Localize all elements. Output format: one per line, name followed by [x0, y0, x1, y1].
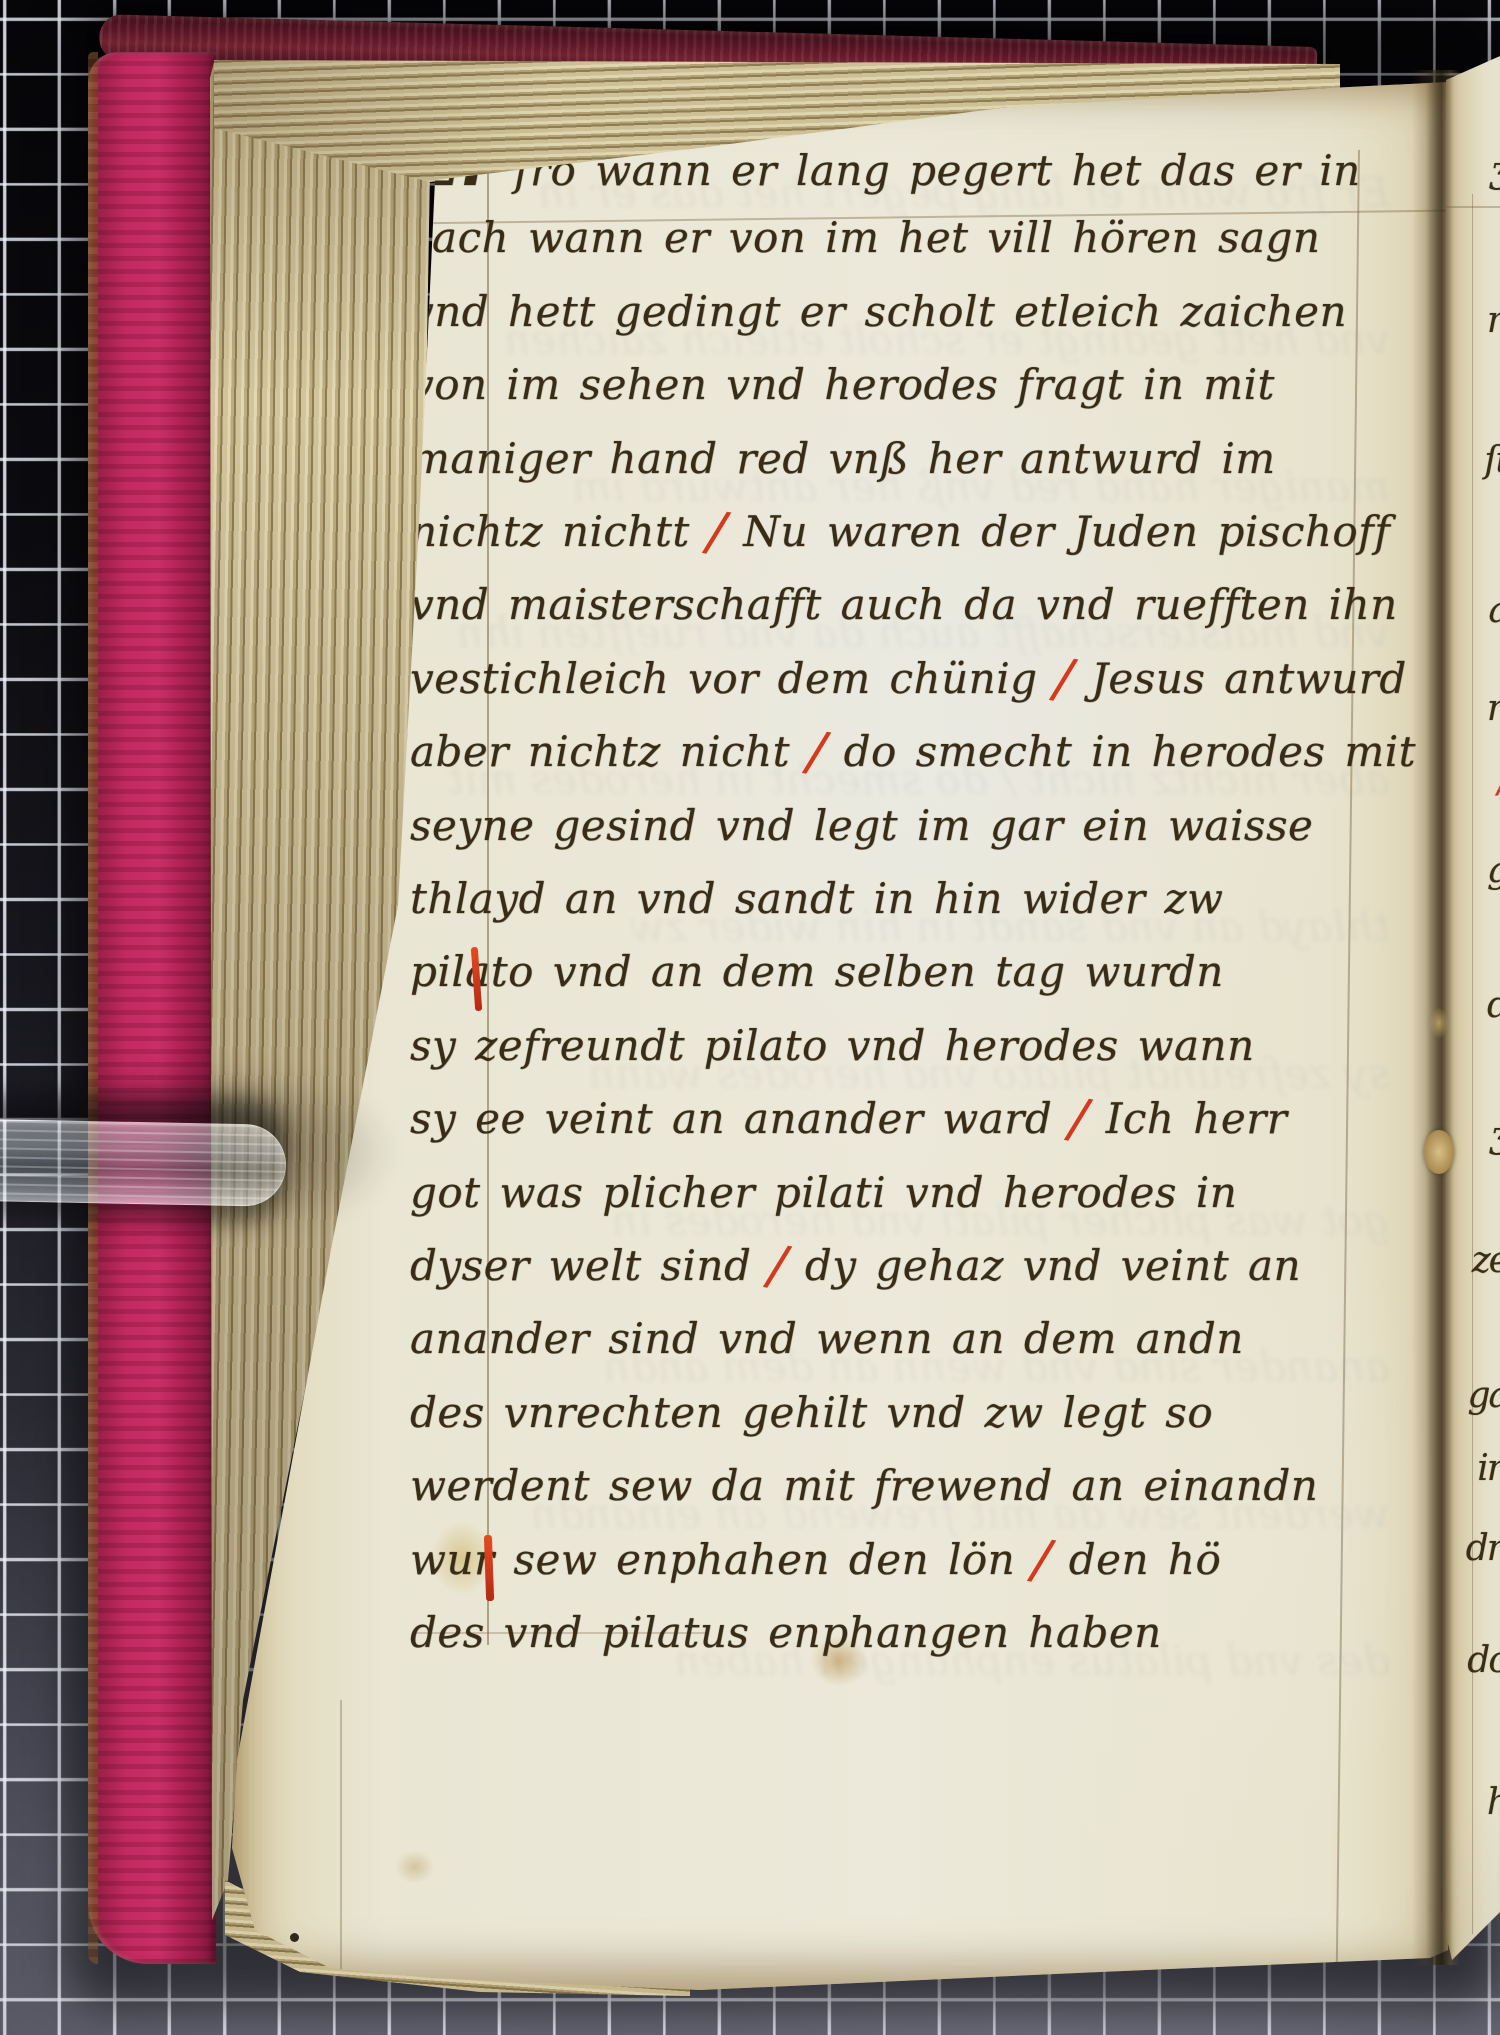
digitization-photo: Er frö wann er lang pegert het das er in… — [0, 0, 1500, 2035]
facing-text-sliver: ſt — [1456, 440, 1500, 481]
manuscript-line: vnd maisterschafft auch da vnd ruefften … — [410, 572, 1395, 638]
manuscript-line: sy zefreundt pilato vnd herodes wann — [410, 1013, 1395, 1079]
manuscript-line: dyser welt sind / dy gehaz vnd veint an — [410, 1233, 1395, 1299]
manuscript-text: vestichleich vor dem chünig — [410, 654, 1056, 703]
manuscript-line: thlayd an vnd sandt in hin wider zw — [410, 866, 1395, 932]
manuscript-text: aber nichtz nicht — [410, 727, 809, 776]
manuscript-line: des vnrechten gehilt vnd zw legt so — [410, 1380, 1395, 1446]
manuscript-line: nichtz nichtt / Nu waren der Juden pisch… — [410, 499, 1395, 565]
facing-text-sliver: in — [1456, 1448, 1500, 1489]
manuscript-text: den hö — [1050, 1535, 1221, 1584]
gutter-wax-spot — [1430, 1008, 1448, 1038]
facing-text-sliver: g — [1456, 850, 1500, 891]
facing-text-sliver: ʒ — [1456, 1115, 1500, 1156]
manuscript-text: sach wann er von im het vill hören sagn — [410, 213, 1320, 262]
manuscript-line: wur sew enphahen den lön / den hö — [410, 1527, 1395, 1593]
manuscript-text: seyne gesind vnd legt im gar ein waisse — [410, 801, 1313, 850]
facing-text-sliver: ze — [1456, 1240, 1500, 1281]
plastic-page-weight — [0, 1119, 287, 1207]
manuscript-line: des vnd pilatus enphangen haben — [410, 1600, 1395, 1666]
manuscript-text: Ich herr — [1087, 1094, 1287, 1143]
facing-text-sliver: d — [1456, 985, 1500, 1026]
facing-text-sliver: ga — [1456, 1375, 1500, 1416]
page-crease — [340, 1700, 342, 1990]
manuscript-line: vnd hett gedingt er scholt etleich zaich… — [410, 279, 1395, 345]
manuscript-line: werdent sew da mit frewend an einandn — [410, 1453, 1395, 1519]
manuscript-text: nichtz nichtt — [410, 507, 709, 556]
manuscript-text: thlayd an vnd sandt in hin wider zw — [410, 874, 1223, 923]
manuscript-text: pilato vnd an dem selben tag wurdn — [410, 947, 1224, 996]
manuscript-line: aber nichtz nicht / do smecht in herodes… — [410, 719, 1395, 785]
manuscript-line: seyne gesind vnd legt im gar ein waisse — [410, 793, 1395, 859]
manuscript-text: anander sind vnd wenn an dem andn — [410, 1314, 1244, 1363]
facing-text-sliver: ʒ — [1456, 150, 1500, 191]
manuscript-text: dyser welt sind — [410, 1241, 770, 1290]
manuscript-line: pilato vnd an dem selben tag wurdn — [410, 939, 1395, 1005]
facing-text-sliver: do — [1456, 1640, 1500, 1681]
manuscript-text: wur sew enphahen den lön — [410, 1535, 1034, 1584]
manuscript-line: anander sind vnd wenn an dem andn — [410, 1306, 1395, 1372]
wormhole — [290, 1933, 299, 1942]
parchment-stain — [395, 1850, 435, 1884]
manuscript-text: vnd hett gedingt er scholt etleich zaich… — [410, 287, 1347, 336]
facing-page-edge: ʒnſtan/gdʒzegaindndoh — [1446, 54, 1500, 1966]
facing-text-sliver: h — [1456, 1782, 1500, 1823]
manuscript-text: des vnrechten gehilt vnd zw legt so — [410, 1388, 1213, 1437]
manuscript-text: von im sehen vnd herodes fragt in mit — [410, 360, 1275, 409]
facing-rubric-sliver: / — [1456, 760, 1500, 801]
manuscript-line: maniger hand red vnß her antwurd im — [410, 426, 1395, 492]
manuscript-line: von im sehen vnd herodes fragt in mit — [410, 352, 1395, 418]
manuscript-text: Jesus antwurd — [1072, 654, 1406, 703]
manuscript-line: vestichleich vor dem chünig / Jesus antw… — [410, 646, 1395, 712]
manuscript-text: sy zefreundt pilato vnd herodes wann — [410, 1021, 1255, 1070]
manuscript-line: sy ee veint an anander ward / Ich herr — [410, 1086, 1395, 1152]
manuscript-text: des vnd pilatus enphangen haben — [410, 1608, 1162, 1657]
manuscript-text: Nu waren der Juden pischoff — [724, 507, 1390, 556]
manuscript-text: sy ee veint an anander ward — [410, 1094, 1071, 1143]
manuscript-text: vnd maisterschafft auch da vnd ruefften … — [410, 580, 1398, 629]
ruling-line-facing-top — [1446, 206, 1500, 208]
facing-text-sliver: n — [1456, 688, 1500, 729]
manuscript-text: dy gehaz vnd veint an — [786, 1241, 1301, 1290]
manuscript-line: got was plicher pilati vnd herodes in — [410, 1160, 1395, 1226]
facing-text-sliver: dn — [1456, 1528, 1500, 1569]
facing-text-sliver: n — [1456, 300, 1500, 341]
manuscript-text: werdent sew da mit frewend an einandn — [410, 1461, 1318, 1510]
manuscript-text: got was plicher pilati vnd herodes in — [410, 1168, 1237, 1217]
gutter-wax-spot — [1424, 1130, 1454, 1174]
manuscript-line: sach wann er von im het vill hören sagn — [410, 205, 1395, 271]
facing-text-sliver: a — [1456, 590, 1500, 631]
manuscript-text: do smecht in herodes mit — [825, 727, 1416, 776]
book-cover-left-edge — [88, 52, 216, 1964]
manuscript-text: maniger hand red vnß her antwurd im — [410, 434, 1276, 483]
